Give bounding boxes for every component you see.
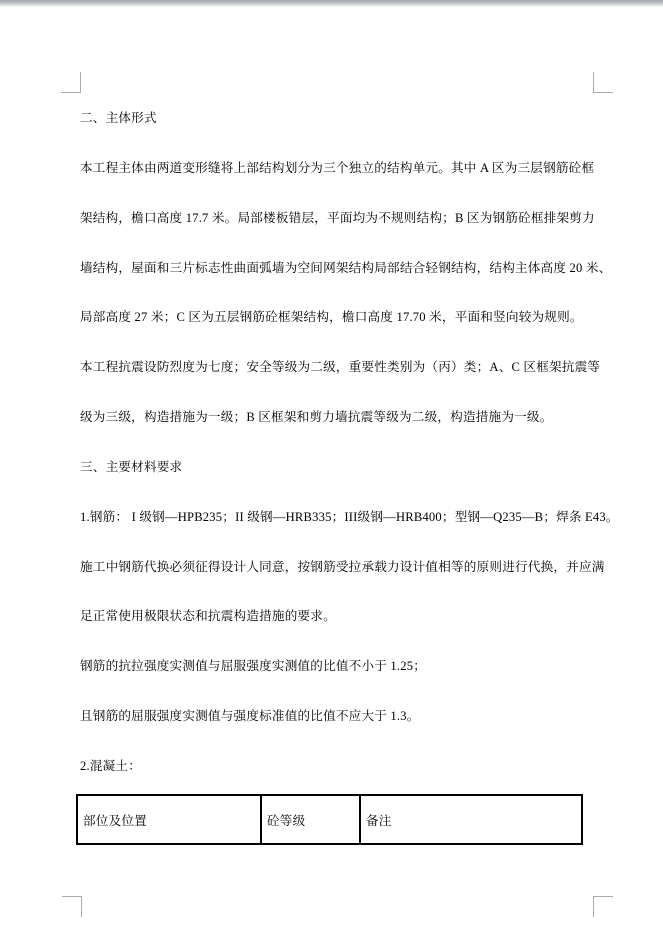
crop-mark-top-right-vertical bbox=[593, 72, 594, 93]
paragraph-line: 且钢筋的屈服强度实测值与强度标准值的比值不应大于 1.3。 bbox=[80, 692, 594, 742]
paragraph-line: 墙结构，屋面和三片标志性曲面弧墙为空间网架结构局部结合轻钢结构，结构主体高度 2… bbox=[80, 244, 594, 294]
col-header-location: 部位及位置 bbox=[77, 795, 261, 844]
document-page: 二、主体形式 本工程主体由两道变形缝将上部结构划分为三个独立的结构单元。其中 A… bbox=[0, 0, 663, 929]
crop-mark-top-right-horizontal bbox=[593, 92, 613, 93]
crop-mark-top-left-vertical bbox=[80, 72, 81, 93]
crop-mark-top-left-horizontal bbox=[61, 92, 81, 93]
page-top-edge bbox=[0, 0, 663, 7]
crop-mark-bottom-left-vertical bbox=[81, 896, 82, 917]
table-header-row: 部位及位置 砼等级 备注 bbox=[77, 795, 582, 844]
item-concrete: 2.混凝土： bbox=[80, 742, 594, 792]
paragraph-line: 钢筋的抗拉强度实测值与屈服强度实测值的比值不小于 1.25； bbox=[80, 642, 594, 692]
paragraph-line: 本工程主体由两道变形缝将上部结构划分为三个独立的结构单元。其中 A 区为三层钢筋… bbox=[80, 144, 594, 194]
crop-mark-bottom-right-vertical bbox=[593, 896, 594, 917]
paragraph-line: 级为三级，构造措施为一级；B 区框架和剪力墙抗震等级为二级，构造措施为一级。 bbox=[80, 393, 594, 443]
col-header-remark: 备注 bbox=[360, 795, 582, 844]
crop-mark-bottom-right-horizontal bbox=[593, 896, 613, 897]
paragraph-line: 架结构，檐口高度 17.7 米。局部楼板错层，平面均为不规则结构；B 区为钢筋砼… bbox=[80, 194, 594, 244]
crop-mark-bottom-left-horizontal bbox=[62, 896, 82, 897]
heading-main-structure: 二、主体形式 bbox=[80, 94, 594, 144]
paragraph-line: 施工中钢筋代换必须征得设计人同意，按钢筋受拉承载力设计值相等的原则进行代换，并应… bbox=[80, 543, 594, 593]
col-header-grade: 砼等级 bbox=[261, 795, 360, 844]
document-body: 二、主体形式 本工程主体由两道变形缝将上部结构划分为三个独立的结构单元。其中 A… bbox=[80, 94, 594, 845]
paragraph-line: 局部高度 27 米；C 区为五层钢筋砼框架结构，檐口高度 17.70 米，平面和… bbox=[80, 293, 594, 343]
heading-materials: 三、主要材料要求 bbox=[80, 443, 594, 493]
paragraph-line: 足正常使用极限状态和抗震构造措施的要求。 bbox=[80, 592, 594, 642]
item-rebar: 1.钢筋： I 级钢—HPB235；II 级钢—HRB335；III级钢—HRB… bbox=[80, 493, 594, 543]
paragraph-line: 本工程抗震设防烈度为七度；安全等级为二级，重要性类别为（丙）类；A、C 区框架抗… bbox=[80, 343, 594, 393]
concrete-grade-table: 部位及位置 砼等级 备注 bbox=[76, 794, 583, 845]
